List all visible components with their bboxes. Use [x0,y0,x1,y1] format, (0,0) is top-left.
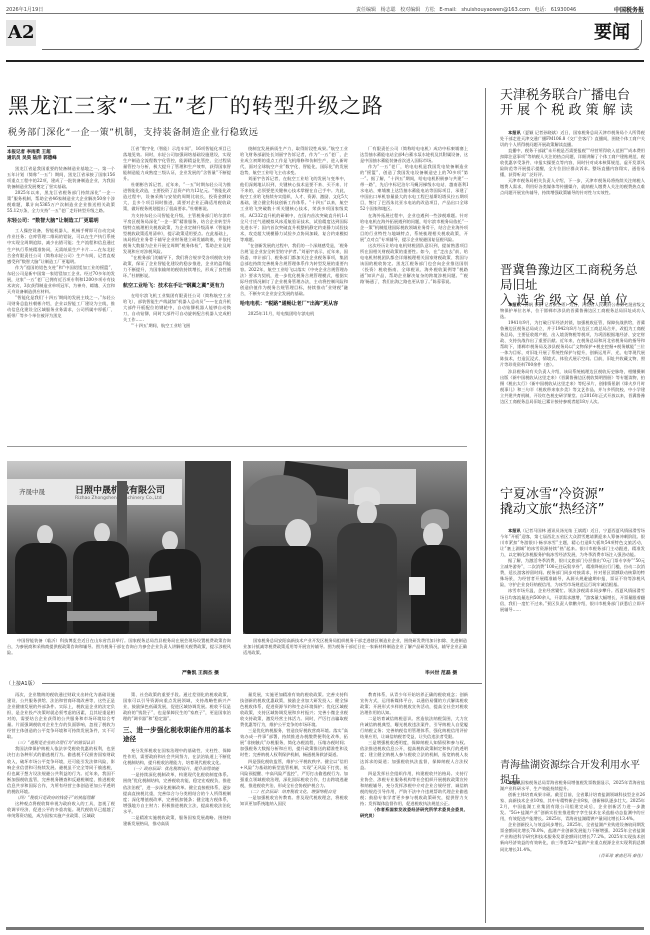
main-article-column-4: 厂有限责任公司（简称哈电电机）成功中标柬埔寨上达岱抽水蓄能电站全部4台蓄水泵水轮… [360,146,468,413]
paragraph: 量发展，实施更加精准有效的税收政策。完善支持科技创新的税收优惠政策，鼓励企业加大… [240,692,348,728]
paragraph: 绕制宜发展新质生产力，取得阶段性成果。”航空工业哈飞财务部副处长刘丽宇告诉记者，… [240,146,348,176]
paragraph: 1941年9月，为打破日军经济封锁，加强税收征管，保障抗战供给，晋冀鲁豫边区税务… [500,320,645,368]
main-article-column-1: 黑龙江省是我国重要的装备制造业基地之一。第一个五年计划（简称“一五”）期间，黑龙… [7,166,115,413]
sidebar-story-2-headline: 晋冀鲁豫边区工商税务总局旧址 入 选 省 级 文 保 单 位 [500,262,645,307]
issue-date: 2026年1月19日 [6,6,43,13]
person-figure [15,543,67,634]
paragraph: 为支持东轻公司智能化升级，主管税务部门哈尔滨市平房区税务局深化“一企一策”精准服… [123,213,231,255]
paragraph: 四是发挥社会组织作用，构建税收共治格局。支持行业协会、涉税专业服务机构等社会组织… [360,771,468,807]
person-figure [149,549,201,634]
subheading: 哈电电机：“税路”通畅让老厂“出海”更从容 [240,301,348,308]
bottom-rule [6,927,644,930]
continued-column-4: 教育体系，从青少年开始培养正确的税收观念；创新宣传方式，运用新媒体平台，以通俗易… [360,692,468,924]
paragraph: 一是加强税收宣传教育。普及现代税收理念，将税收知识更加系统地纳入国民 [240,795,348,807]
paragraph: 策、社会政策的重要手段。通过差别化的税收政策，国家可以引导资源向重点发展领域，支… [123,692,231,722]
paragraph: 作为“祖国的铝色支柱”和“中国铝镁加工业的摇篮”，东轻公司是新中国第一家铝镁加工… [7,265,115,295]
paragraph: 工人操控设备，智能机器人，机械手臂即可自动完成作业任务；仓库管理二维码的铝锭，可… [7,228,115,264]
paragraph: 在海外拓展过程中，企业也遇到一些涉税难题。针对哈电电机在海外拓展遇到的问题，哈尔… [360,213,468,243]
paragraph: “‘十四五’期间，航空工业哈飞围 [123,323,231,329]
photo-credit: 严鲁凯 王润杰 摄 [182,669,219,676]
lead-label: 本报讯 [508,302,521,307]
sidebar-story-1-headline: 天津税务联合广播电台 开 展 个 税 政 策 解 读 [500,88,645,118]
paragraph: 2025年11月，哈电集团哈尔滨电机 [240,311,348,317]
banner-logo: 齐晟中晟 [19,487,45,496]
paragraph: 杜朝彬告诉记者，近年来，“一五”时期东轻公司为推进智能化改造，主要投资了总资产约… [123,182,231,212]
paragraph: 再次，企业缴纳的税收通过财政支出转化为基础设施建设、公共服务供给、法治和营商环境… [7,692,115,740]
paragraph: 这次经历让哈电电机财税团队意识到，提前熟悉项目所在国相关财税政策的重要性。如今，… [360,243,468,285]
lead-label: 本报讯 [508,528,521,533]
paragraph: 2025年以来，黑龙江省税务部门持续深化“一企一策”服务机制，帮助全省46家制造… [7,190,115,214]
subheading: 东轻公司：“数智大脑”让制造工厂更聪明 [7,218,115,225]
paragraph: 刘丽宇告诉记者，在航空工业哈飞的发展与变革中，他们深刻地认识到，关键核心技术是要… [240,176,348,243]
paragraph: “在创新发展的过程中，我们的一个深刻感受是，‘税务合规’是企业安全转型的守护者。… [240,243,348,297]
paragraph: 江省“数字化（智能）示范车间”，16项智能化项目已落地见效。同时，东轻公司加强网… [123,146,231,182]
paragraph: “智能化是我们‘十四五’期间的发展主线之一。”东轻公司财务总监杜朝彬介绍，企业以… [7,295,115,319]
sidebar-story-4-body: 本报讯国家税务总局青海省税务局增值税发票数据显示，2025年青海省盐湖产业科研水… [500,780,645,925]
continued-label: （上接A1版） [6,680,490,687]
paragraph: 涉县税务局有关负责人介绍，该局系统梳理边区税收历史脉络，相继摄制出版《新中国税收… [500,369,645,405]
paragraph: 四是强化税收监管，维护公平税收秩序。健全以“信用+风险”为基础的新型监管机制，实… [240,759,348,789]
paragraph: 厂有限责任公司（简称哈电电机）成功中标柬埔寨上达岱抽水蓄能电站全部4台蓄水泵水轮… [360,146,468,164]
sidebar-story-2-body: 本报讯（苏帆 张娟 记者张士勇）近日，河北省人民政府公布第七批省级文物保护单位名… [500,302,645,474]
subheading: 航空工业哈飞：技术在手让“钢翼之翼”更有力 [123,283,231,290]
paragraph: 在哈尔滨飞机工业集团有限责任公司（简称航空工业哈飞），部装智能生产线就如“机器人… [123,293,231,323]
page-code: A2 [6,20,36,46]
signature: （肖亚琼 索南尼玛 秦佳） [500,853,645,859]
paragraph: 这种观点将税收简单视为政府收入的工具，忽视了税收调节经济、促进公平的多重功能。现… [7,801,115,819]
photo-caption: 中国智能装备（临沂）科技博览会近日在山东省莒县举行。国家税务总局莒县税务局在展会… [7,638,231,657]
masthead-meta: 责任编辑 杨志聪 校对编辑 方松 E-mail: shuishouyaowen@… [356,6,576,13]
lead-label: 本报讯 [508,780,521,785]
main-article-column-2: 江省“数字化（智能）示范车间”，16项智能化项目已落地见效。同时，东轻公司加强网… [123,146,231,413]
header-rule [6,60,644,62]
byline-correspondents: 通讯员 吴昊 陆洋 郭德峰 [7,156,71,162]
photo-tax-officers-factory [243,461,467,634]
paragraph: 三是优化纳税服务，营造良好税收营商环境。落实“高效办成一件事”部署，持续推进办税… [240,728,348,758]
paragraph: 教育体系，从青少年开始培养正确的税收观念；创新宣传方式，运用新媒体平台，以通俗易… [360,692,468,716]
section-curve-decoration [632,20,642,50]
paragraph: 国家税务总局青海省税务局增值税发票数据显示，2025年青海省盐湖产业科研水平、生… [500,780,645,791]
byline: 本报记者 李雨柔 王超 通讯员 吴昊 陆洋 郭德峰 [7,146,71,162]
italic-subheading: （二）社会层面：培育税收文化，增强纳税自觉 [240,789,348,795]
author-note: （作者系国家发改委经济研究所学术委员会委员、研究员） [360,807,468,819]
paragraph: 企业创新投入与效益同步增长。2025年，全省盐湖产业购进设备较同期发票金额同比增… [500,822,645,852]
person-figure [243,546,323,634]
paragraph: 作为“一五”老厂，哈电电机是我国发电装备制造业的“摇篮”，创造了我国发电设备制造… [360,164,468,212]
paragraph: “在税务部门的辅导下，我们将合规享受各项税收支持政策，保证了企业智能化建设的稳步… [123,255,231,279]
section-heading: 三、进一步强化税收职能作用的基本途径 [123,726,231,744]
section-title: 要闻 [594,18,630,44]
top-rule [6,13,644,14]
paragraph: 我国法律保护纳税人依法享受税收优惠的权利，也坚决打击各种形式的偷逃税行为。偷逃税… [7,746,115,794]
photo-credit: 毕兴世 范磊 摄 [425,669,457,676]
hard-hat [245,475,317,525]
section-underline [42,49,639,50]
continued-column-2: 策、社会政策的重要手段。通过差别化的税收政策，国家可以引导资源向重点发展领域，支… [123,692,231,924]
continued-column-3: 量发展，实施更加精准有效的税收政策。完善支持科技创新的税收优惠政策，鼓励企业加大… [240,692,348,924]
main-headline: 黑龙江三家“一五”老厂的转型升级之路 [8,90,428,120]
paragraph: 直播中，税务干部就“未开税是否需要报税”“经营所得收入范围”“成本费用扣除注意事… [500,148,645,178]
person-figure [337,523,397,634]
photo-caption: 国家税务总局安阳高新技术产业开发区税务局组织税务干部走进辖区制造业企业，围绕研发… [243,638,467,657]
continued-column-1: 再次，企业缴纳的税收通过财政支出转化为基础设施建设、公共服务供给、法治和营商环境… [7,692,115,924]
paragraph: 一是持续深化税制改革，构建现代化税收制度体系。围绕“优化税制结构，完善税收功能，… [123,772,231,814]
paragraph: 创新主体培育成果丰硕。截至目前，全省累计培育盐湖领域科技型企业26家、高新技术企… [500,792,645,822]
paragraph: 据了解，为激活冬季消费，银川文旅部门分层推出“0元门票专享券”“50元立减冬游券… [500,558,645,588]
photo-section-rule [7,446,467,447]
lead-label: 本报讯 [508,130,521,135]
paragraph: 黑龙江省是我国重要的装备制造业基地之一。第一个五年计划（简称“一五”）期间，黑龙… [7,166,115,190]
lead-meta: （苏帆 张娟 记者张士勇） [521,302,570,307]
sidebar-story-3-headline: 宁夏冰雪“冷资源” 撬动文旅“热经济” [500,487,645,517]
lead-meta: （夏颖 记者孙晓斌） [521,130,561,135]
paragraph: 二是培育诚信纳税意识。营造依法纳税氛围，大力宣传诚信纳税典型，曝光税收违法案件，… [360,716,468,740]
paragraph: 三是增强税收透明度，保障纳税人知情权和参与权。依法推进税收信息公开，提高税收政策… [360,740,468,770]
paragraph: 充分发挥税收在国家治理中的基础性、支柱性、保障性作用，需要政府和社会共同努力，在… [123,748,231,766]
photo-tax-officers-expo: 齐晟中晟 日照中晟机械有限公司 Rizhao Zhongsheng Machin… [7,461,231,634]
main-article-column-3: 绕制宜发展新质生产力，取得阶段性成果。”航空工业哈飞财务部副处长刘丽宇告诉记者，… [240,146,348,413]
sidebar-story-3-body: 本报讯（记者马国林 通讯员汤光灿 王斌霞）近日，宁夏西夏风情园滑雪场今年“开板”… [500,528,645,743]
paragraph: 天津市税务局相关负责人介绍，下一步，天津市税务局将持续关注纳税人缴费人需求，利用… [500,178,645,196]
main-subheadline: 税务部门深化“一企一策”机制，支持装备制造企业行稳致远 [8,125,259,138]
paragraph: 二是精准实施税收政策，服务国家发展战略。围绕构建新发展格局，推动高质 [123,815,231,827]
column-separator [485,88,486,923]
sidebar-story-1-body: 本报讯（夏颖 记者孙晓斌）近日，国家税务总局天津市税务局个人所得税处干部走进天津… [500,130,645,243]
paragraph: 冰雪市场升温，企业经营繁忙。领法涉税需求同步攀升。西夏风情园滑雪场日均客流量达到… [500,588,645,612]
lead-meta: （记者马国林 通讯员汤光灿 王斌霞） [521,528,591,533]
